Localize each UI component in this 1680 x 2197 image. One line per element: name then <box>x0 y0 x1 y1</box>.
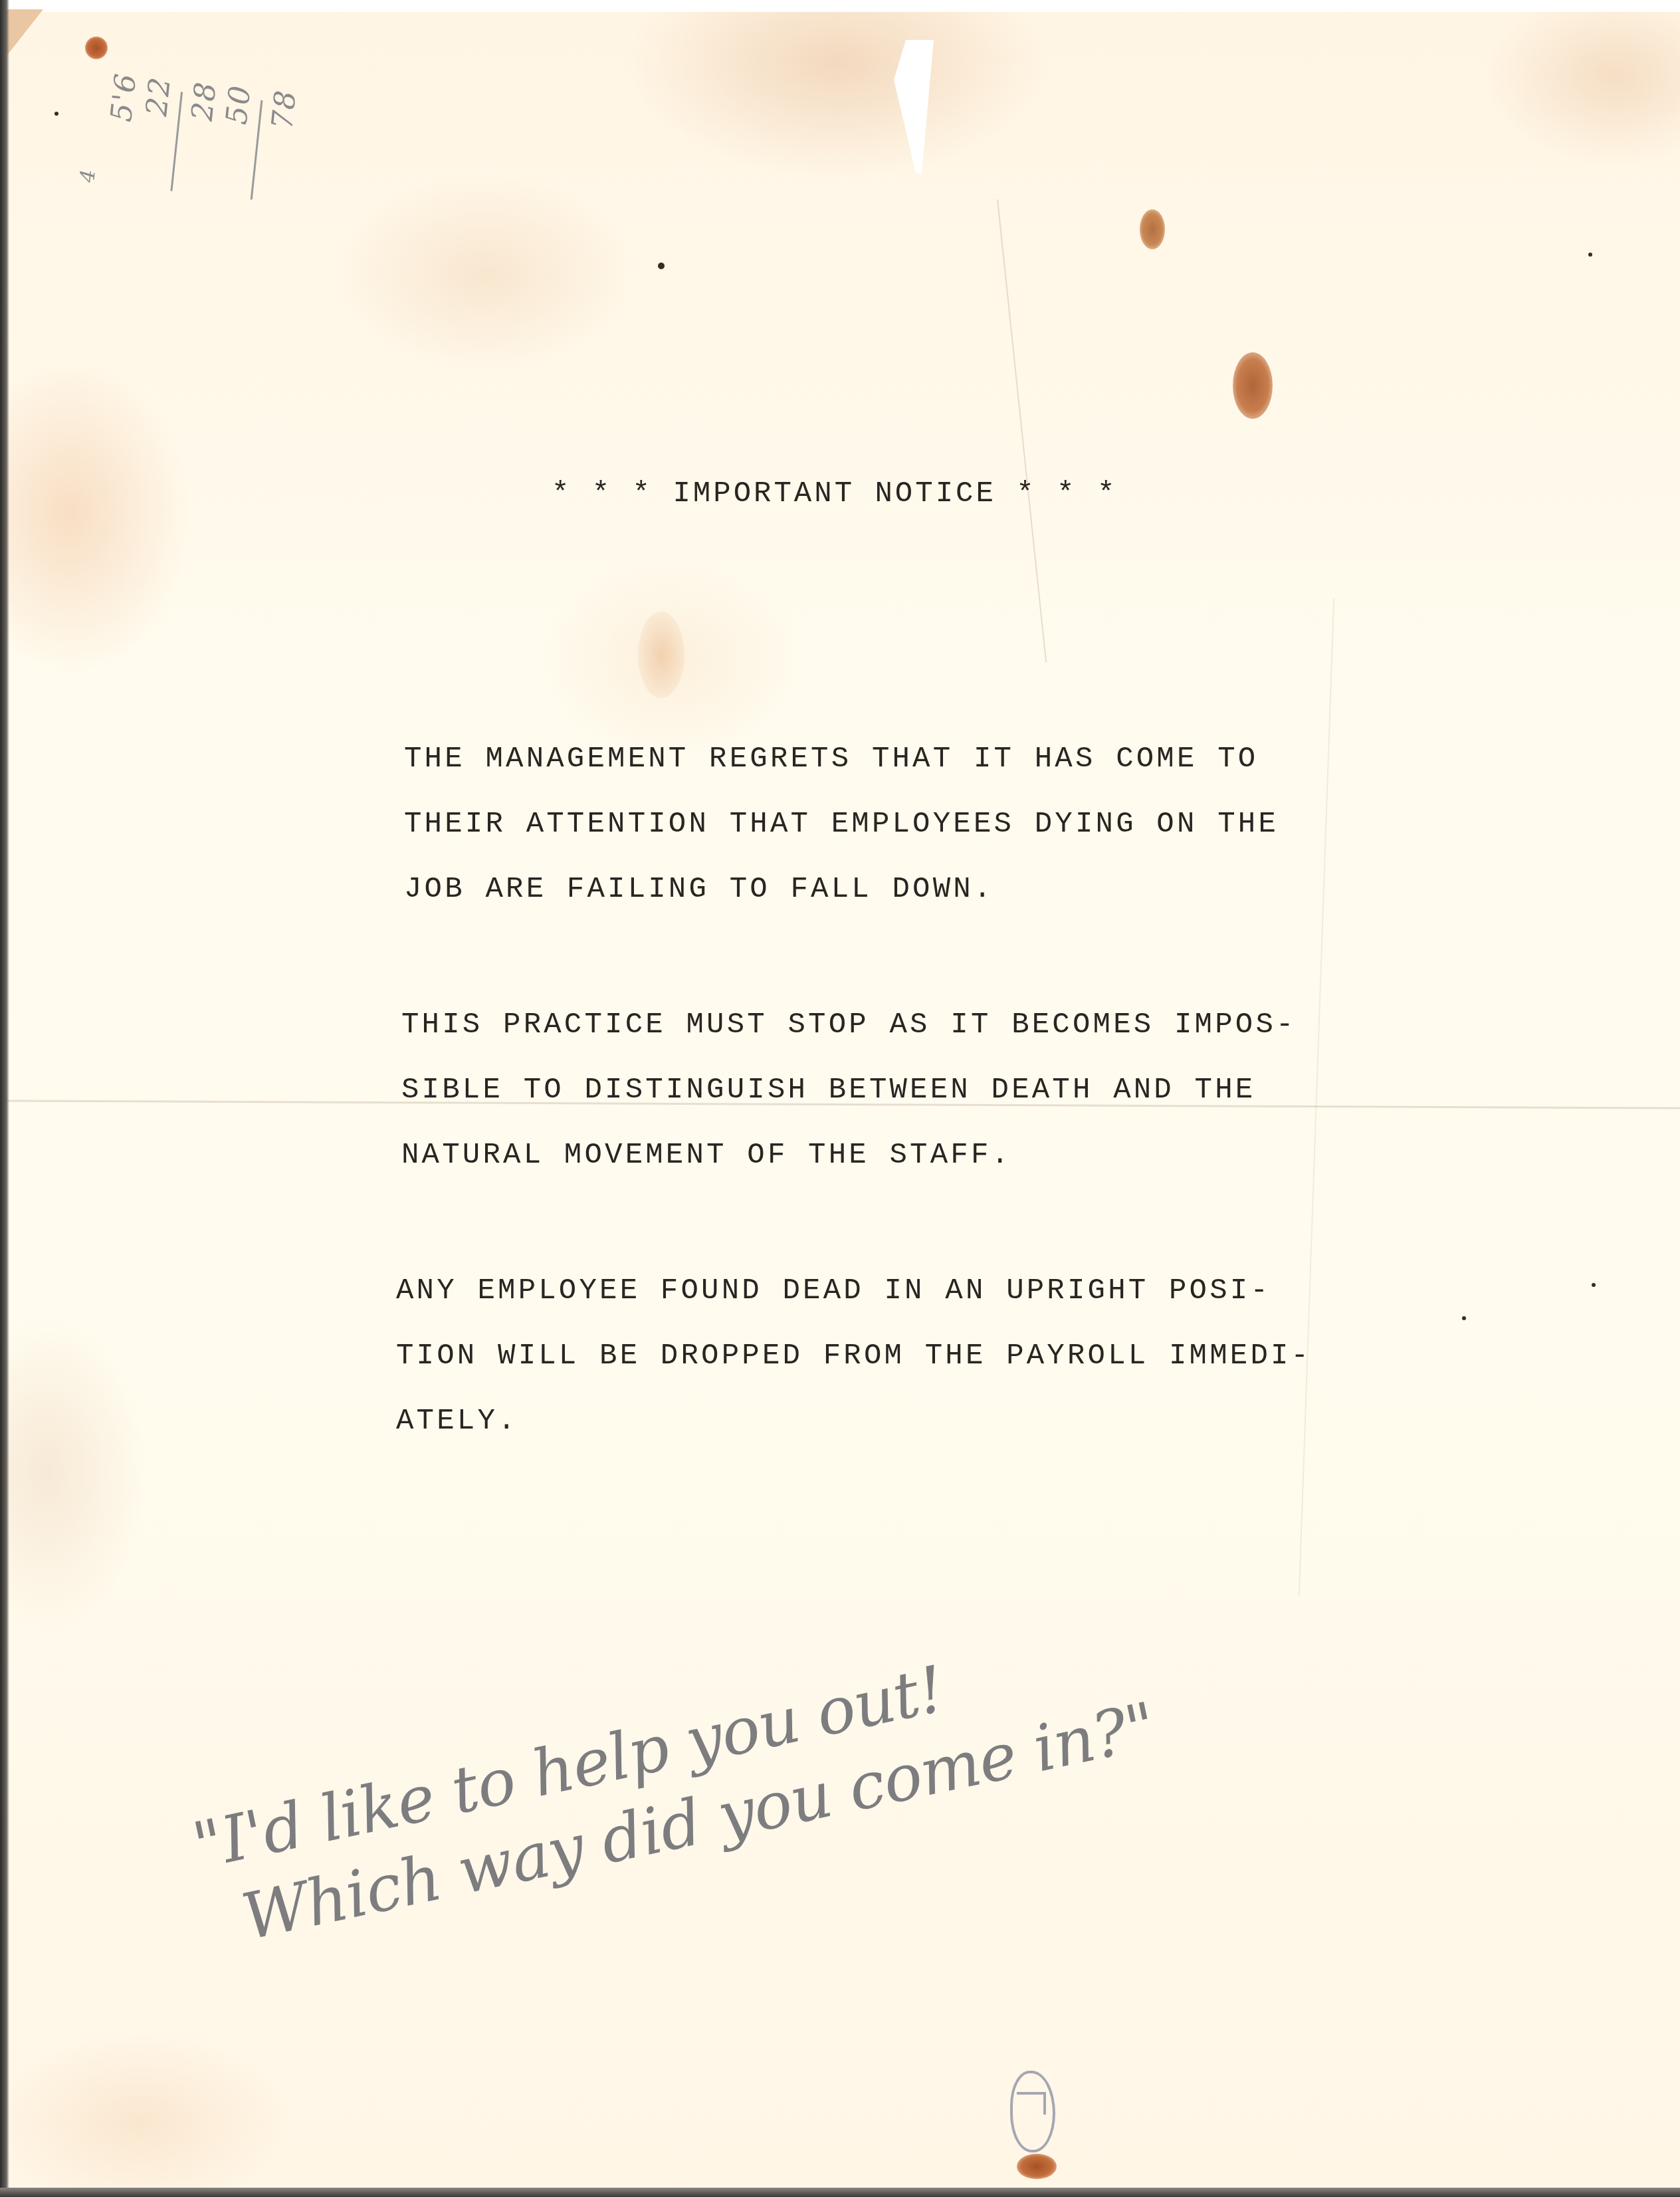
paragraph-1: THE MANAGEMENT REGRETS THAT IT HAS COME … <box>404 743 1279 939</box>
text-line: SIBLE TO DISTINGUISH BETWEEN DEATH AND T… <box>401 1074 1297 1139</box>
stain-spot <box>638 612 684 698</box>
text-line: THEIR ATTENTION THAT EMPLOYEES DYING ON … <box>404 808 1279 873</box>
stain-spot <box>1140 209 1165 249</box>
stain-spot <box>1233 352 1273 419</box>
scanner-edge-bottom <box>0 2188 1680 2197</box>
paragraph-2: THIS PRACTICE MUST STOP AS IT BECOMES IM… <box>401 1009 1297 1205</box>
scan-background-top <box>0 0 1680 12</box>
speck <box>1592 1283 1596 1287</box>
text-line: NATURAL MOVEMENT OF THE STAFF. <box>401 1139 1297 1205</box>
text-line: ANY EMPLOYEE FOUND DEAD IN AN UPRIGHT PO… <box>396 1275 1311 1340</box>
stain-spot <box>1017 2154 1057 2179</box>
text-line: THIS PRACTICE MUST STOP AS IT BECOMES IM… <box>401 1009 1297 1074</box>
speck <box>658 263 665 269</box>
speck <box>1588 253 1592 257</box>
notice-title: * * * IMPORTANT NOTICE * * * <box>552 477 1117 511</box>
pencil-doodle <box>1010 2071 1055 2152</box>
scanner-edge-left <box>0 0 9 2197</box>
paragraph-3: ANY EMPLOYEE FOUND DEAD IN AN UPRIGHT PO… <box>396 1275 1311 1470</box>
speck <box>1462 1316 1466 1320</box>
text-line: ATELY. <box>396 1405 1311 1470</box>
text-line: THE MANAGEMENT REGRETS THAT IT HAS COME … <box>404 743 1279 808</box>
speck <box>54 112 58 116</box>
text-line: JOB ARE FAILING TO FALL DOWN. <box>404 873 1279 939</box>
text-line: TION WILL BE DROPPED FROM THE PAYROLL IM… <box>396 1340 1311 1405</box>
margin-calculation: 4 5'6 22 28 50 78 <box>78 69 304 204</box>
stain-spot <box>85 37 108 59</box>
